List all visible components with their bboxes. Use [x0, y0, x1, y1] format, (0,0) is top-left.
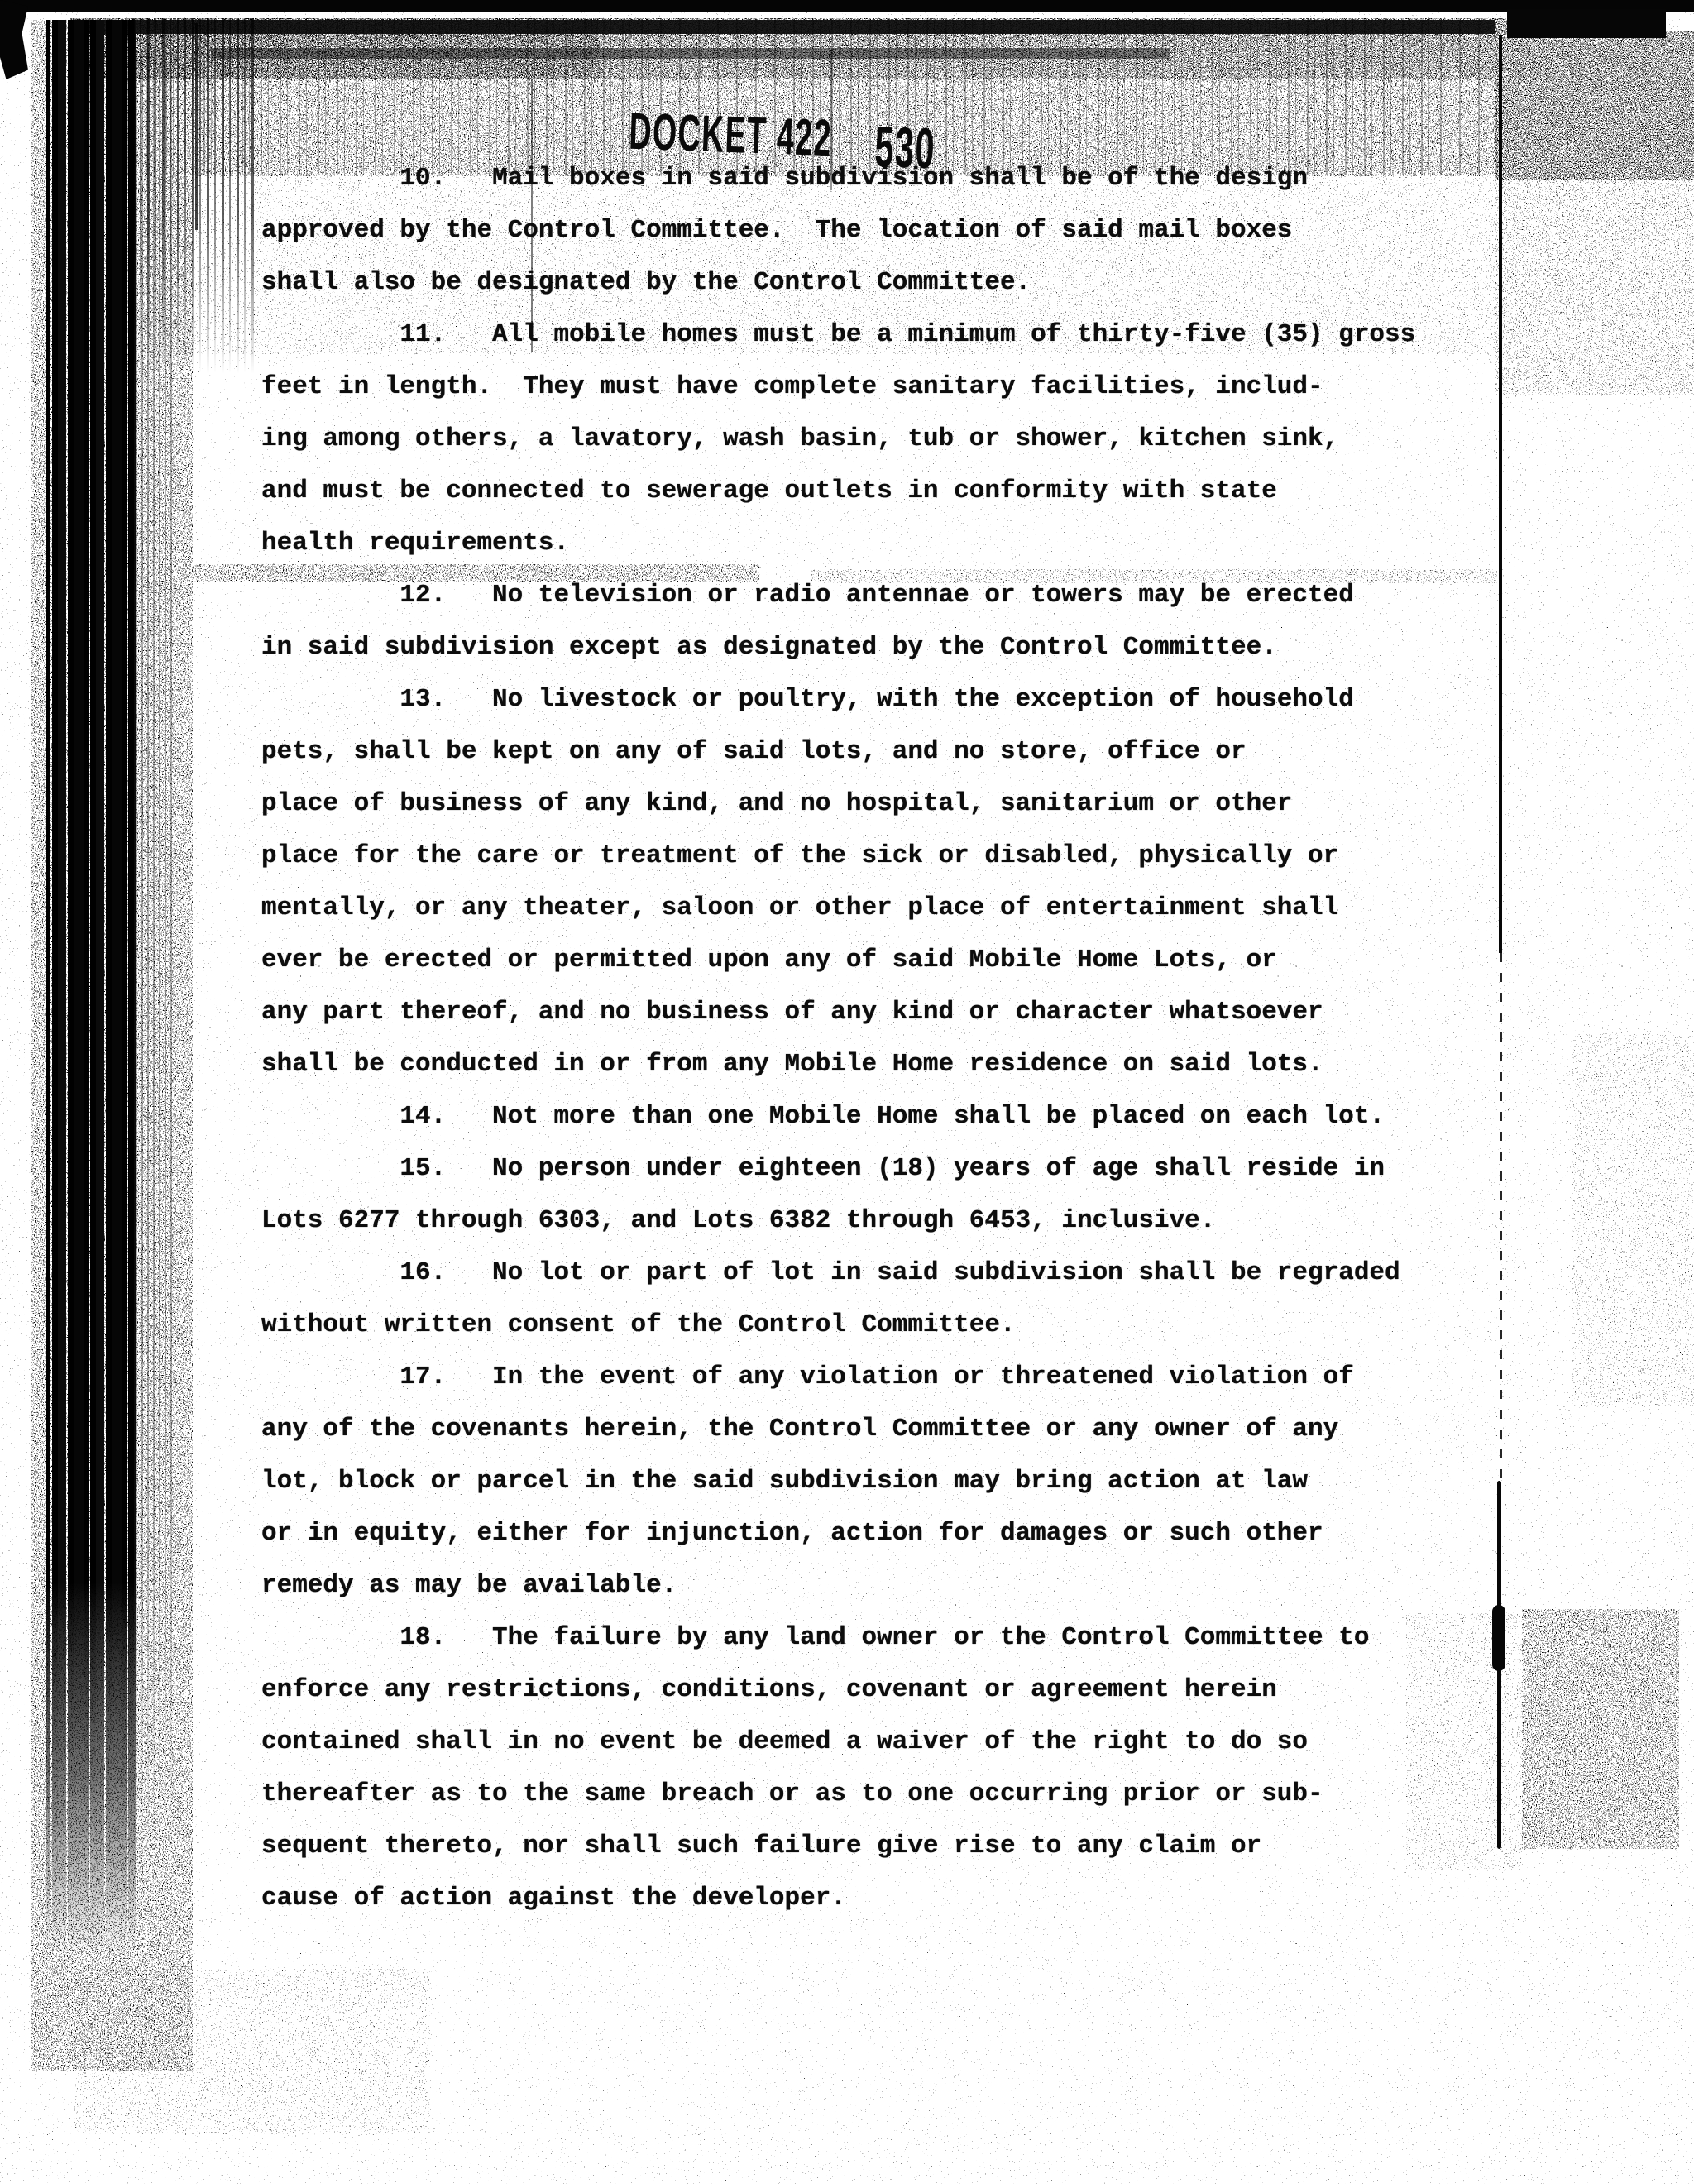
document-line: Lots 6277 through 6303, and Lots 6382 th… [261, 1195, 1486, 1247]
document-line: any of the covenants herein, the Control… [261, 1403, 1486, 1455]
scan-left-band-streaks [136, 50, 172, 1903]
document-line: mentally, or any theater, saloon or othe… [261, 882, 1486, 934]
document-line: without written consent of the Control C… [261, 1299, 1486, 1351]
scan-noise-topright-med [1495, 180, 1694, 395]
document-line: pets, shall be kept on any of said lots,… [261, 726, 1486, 778]
scan-noise-topright-dense [1495, 31, 1694, 180]
document-line: approved by the Control Committee. The l… [261, 204, 1486, 256]
document-line: health requirements. [261, 517, 1486, 569]
scan-corner-blob [0, 0, 28, 79]
scan-right-line-dashed [1500, 953, 1502, 1482]
document-line: ing among others, a lavatory, wash basin… [261, 413, 1486, 465]
document-line: feet in length. They must have complete … [261, 361, 1486, 413]
scanned-page: DOCKET 422530 10. Mail boxes in said sub… [0, 0, 1694, 2184]
document-line: and must be connected to sewerage outlet… [261, 465, 1486, 517]
document-line: shall be conducted in or from any Mobile… [261, 1038, 1486, 1090]
document-line: 17. In the event of any violation or thr… [261, 1351, 1486, 1403]
scan-topright-block [1507, 9, 1666, 38]
document-line: thereafter as to the same breach or as t… [261, 1768, 1486, 1820]
document-line: 15. No person under eighteen (18) years … [261, 1142, 1486, 1195]
document-line: 14. Not more than one Mobile Home shall … [261, 1090, 1486, 1142]
document-line: any part thereof, and no business of any… [261, 986, 1486, 1038]
document-line: 11. All mobile homes must be a minimum o… [261, 309, 1486, 361]
document-line: in said subdivision except as designated… [261, 621, 1486, 673]
scan-noise-midright-cluster [1572, 1034, 1694, 1406]
document-line: sequent thereto, nor shall such failure … [261, 1820, 1486, 1872]
document-line: 13. No livestock or poultry, with the ex… [261, 673, 1486, 726]
scan-noise-right-margin [1499, 395, 1694, 2182]
document-line: cause of action against the developer. [261, 1872, 1486, 1924]
document-line: ever be erected or permitted upon any of… [261, 934, 1486, 986]
document-line: contained shall in no event be deemed a … [261, 1716, 1486, 1768]
document-line: 12. No television or radio antennae or t… [261, 569, 1486, 621]
document-line: place for the care or treatment of the s… [261, 830, 1486, 882]
document-line: shall also be designated by the Control … [261, 256, 1486, 309]
document-line: enforce any restrictions, conditions, co… [261, 1664, 1486, 1716]
document-line: 18. The failure by any land owner or the… [261, 1612, 1486, 1664]
scan-noise-bottomright-field [1522, 1609, 1679, 1849]
document-line: 16. No lot or part of lot in said subdiv… [261, 1247, 1486, 1299]
document-line: remedy as may be available. [261, 1559, 1486, 1612]
document-line: or in equity, either for injunction, act… [261, 1507, 1486, 1559]
scan-top-edge-bar [0, 0, 1694, 12]
scan-left-band [46, 20, 136, 1972]
scan-right-line-blob [1492, 1605, 1505, 1671]
scan-vertical-streak-1 [195, 23, 198, 230]
document-body: 10. Mail boxes in said subdivision shall… [261, 152, 1486, 1924]
scan-noise-bottom-left [74, 1969, 430, 2134]
document-line: place of business of any kind, and no ho… [261, 778, 1486, 830]
document-line: lot, block or parcel in the said subdivi… [261, 1455, 1486, 1507]
scan-right-line-upper [1499, 35, 1502, 953]
document-line: 10. Mail boxes in said subdivision shall… [261, 152, 1486, 204]
